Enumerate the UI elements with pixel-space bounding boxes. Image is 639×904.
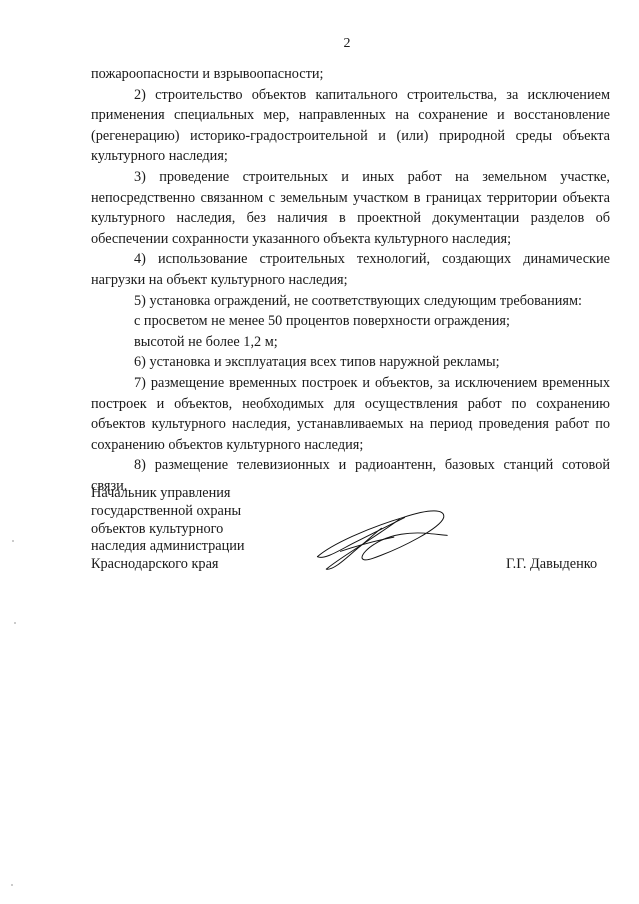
signatory-title: Начальник управления государственной охр…	[91, 485, 245, 574]
scan-artifact	[12, 540, 14, 542]
signatory-name: Г.Г. Давыденко	[506, 556, 597, 573]
paragraph-continuation: пожароопасности и взрывоопасности;	[91, 64, 610, 85]
scan-artifact	[11, 884, 13, 886]
signatory-title-line: государственной охраны	[91, 503, 245, 521]
signatory-title-line: Краснодарского края	[91, 556, 245, 574]
list-item-4: 4) использование строительных технологий…	[91, 249, 610, 290]
signatory-title-line: Начальник управления	[91, 485, 245, 503]
list-item-5: 5) установка ограждений, не соответствую…	[91, 291, 610, 312]
document-body: пожароопасности и взрывоопасности; 2) ст…	[91, 64, 610, 496]
list-item-2: 2) строительство объектов капитального с…	[91, 85, 610, 167]
scan-artifact	[14, 622, 16, 624]
handwritten-signature-icon	[300, 498, 470, 578]
signatory-title-line: объектов культурного	[91, 521, 245, 539]
list-item-5-condition-a: с просветом не менее 50 процентов поверх…	[91, 311, 610, 332]
list-item-3: 3) проведение строительных и иных работ …	[91, 167, 610, 249]
signatory-title-line: наследия администрации	[91, 538, 245, 556]
list-item-5-condition-b: высотой не более 1,2 м;	[91, 332, 610, 353]
list-item-6: 6) установка и эксплуатация всех типов н…	[91, 352, 610, 373]
page-number: 2	[0, 36, 639, 52]
list-item-7: 7) размещение временных построек и объек…	[91, 373, 610, 455]
